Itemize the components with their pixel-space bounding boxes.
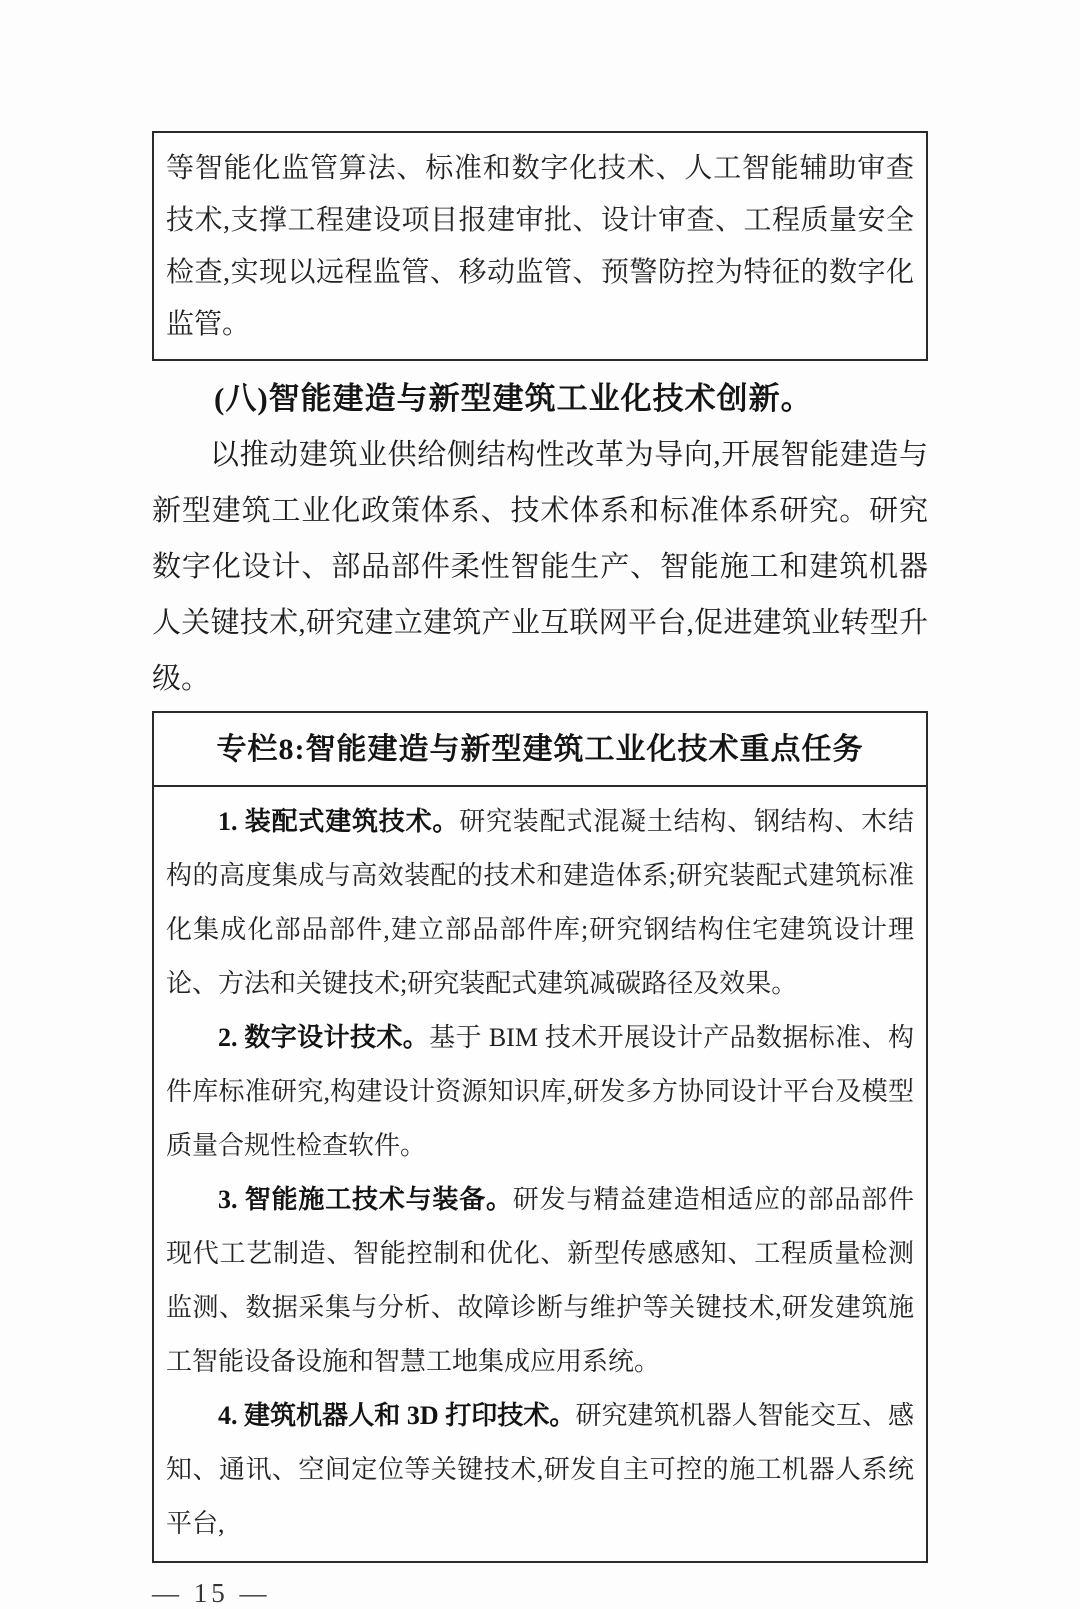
panel-box: 专栏8:智能建造与新型建筑工业化技术重点任务 1. 装配式建筑技术。研究装配式混…	[152, 711, 928, 1563]
panel-body: 1. 装配式建筑技术。研究装配式混凝土结构、钢结构、木结构的高度集成与高效装配的…	[154, 787, 926, 1561]
continuation-text-box: 等智能化监管算法、标准和数字化技术、人工智能辅助审查技术,支撑工程建设项目报建审…	[152, 131, 928, 361]
document-page: 等智能化监管算法、标准和数字化技术、人工智能辅助审查技术,支撑工程建设项目报建审…	[0, 0, 1080, 1609]
page-number: — 15 —	[152, 1577, 1080, 1609]
panel-item-lead: 3. 智能施工技术与装备。	[218, 1185, 513, 1214]
section-heading: (八)智能建造与新型建筑工业化技术创新。	[152, 371, 928, 427]
panel-item-lead: 4. 建筑机器人和 3D 打印技术。	[218, 1401, 575, 1430]
body-paragraph: 以推动建筑业供给侧结构性改革为导向,开展智能建造与新型建筑工业化政策体系、技术体…	[152, 427, 928, 707]
panel-item: 1. 装配式建筑技术。研究装配式混凝土结构、钢结构、木结构的高度集成与高效装配的…	[166, 795, 914, 1011]
panel-item: 3. 智能施工技术与装备。研发与精益建造相适应的部品部件现代工艺制造、智能控制和…	[166, 1173, 914, 1389]
panel-item: 2. 数字设计技术。基于 BIM 技术开展设计产品数据标准、构件库标准研究,构建…	[166, 1011, 914, 1173]
panel-item-lead: 2. 数字设计技术。	[218, 1023, 429, 1052]
content-column: 等智能化监管算法、标准和数字化技术、人工智能辅助审查技术,支撑工程建设项目报建审…	[152, 131, 928, 1563]
continuation-text: 等智能化监管算法、标准和数字化技术、人工智能辅助审查技术,支撑工程建设项目报建审…	[166, 143, 914, 351]
panel-item-lead: 1. 装配式建筑技术。	[218, 807, 459, 836]
panel-title: 专栏8:智能建造与新型建筑工业化技术重点任务	[154, 713, 926, 787]
